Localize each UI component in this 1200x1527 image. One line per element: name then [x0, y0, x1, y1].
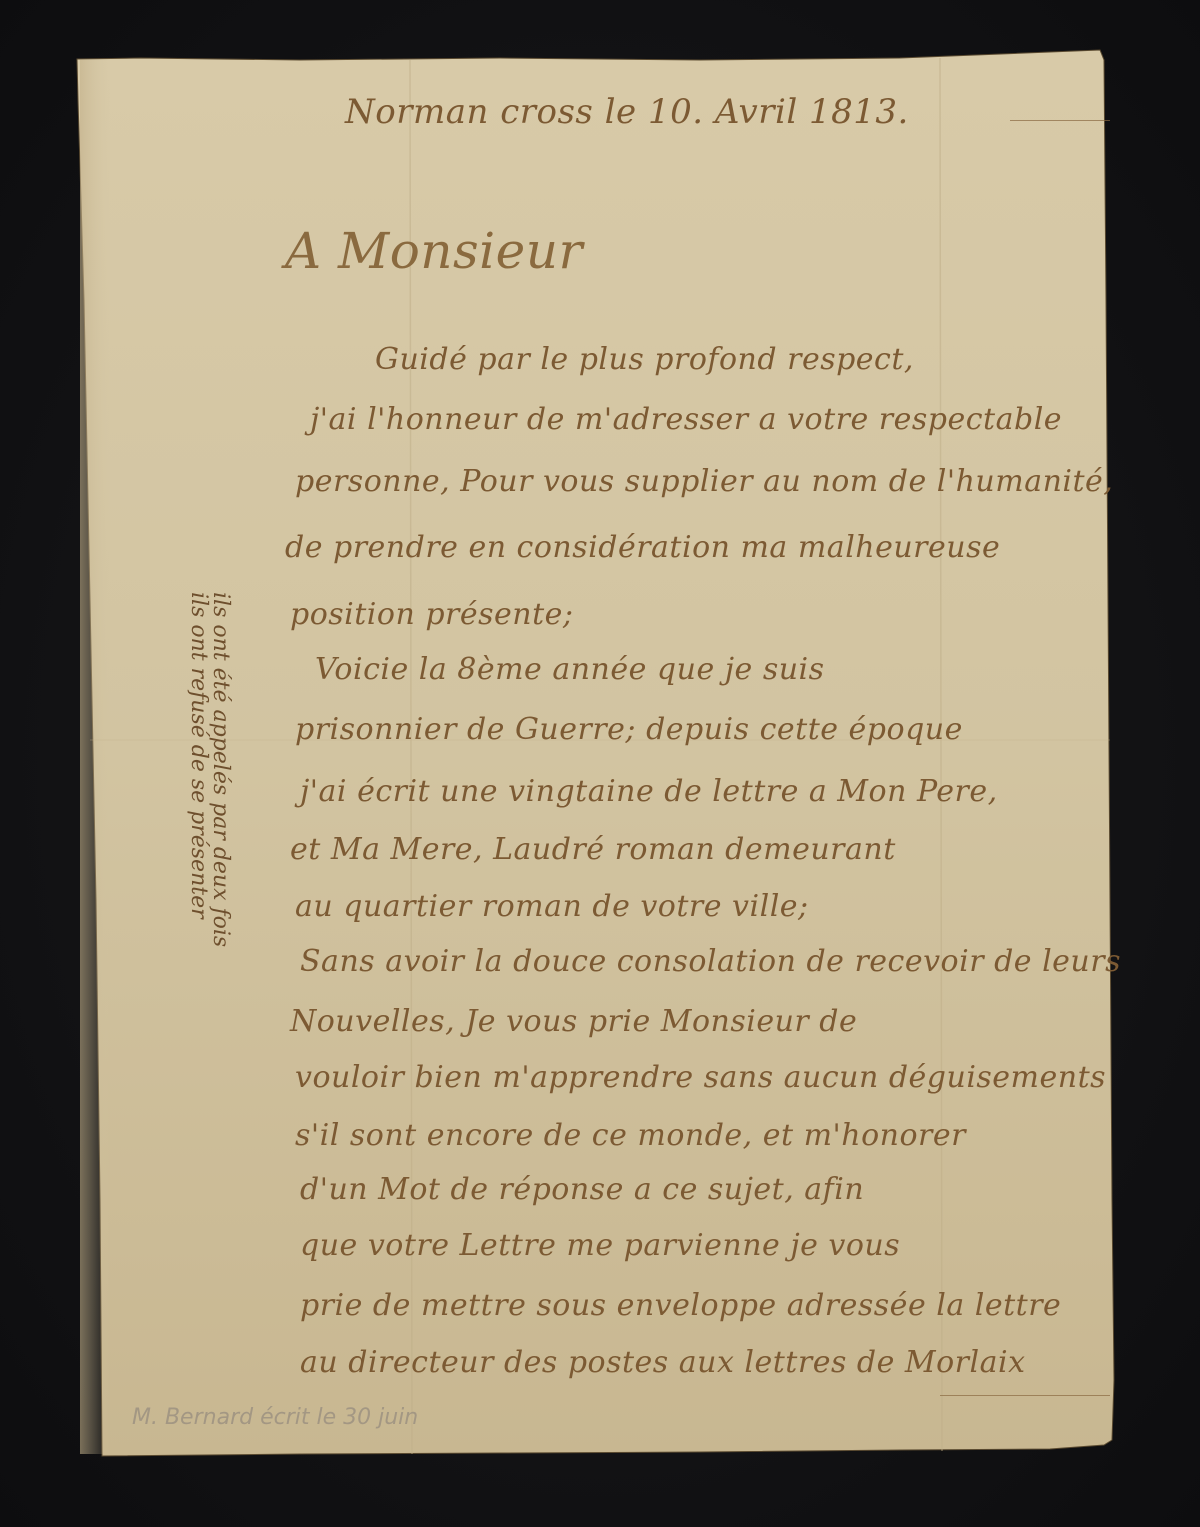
body-line: au quartier roman de votre ville;: [295, 889, 809, 924]
body-line: personne, Pour vous supplier au nom de l…: [295, 464, 1113, 499]
body-line: Sans avoir la douce consolation de recev…: [300, 944, 1121, 979]
body-line: au directeur des postes aux lettres de M…: [300, 1345, 1026, 1380]
body-line: Nouvelles, Je vous prie Monsieur de: [290, 1004, 857, 1039]
body-line: prisonnier de Guerre; depuis cette époqu…: [295, 712, 963, 747]
letter-sheet: Norman cross le 10. Avril 1813. A Monsie…: [0, 0, 1200, 1527]
body-line: s'il sont encore de ce monde, et m'honor…: [295, 1118, 966, 1153]
closing-flourish: [940, 1395, 1110, 1396]
letter-dateline: Norman cross le 10. Avril 1813.: [345, 92, 909, 132]
body-line: prie de mettre sous enveloppe adressée l…: [300, 1288, 1061, 1323]
body-line: que votre Lettre me parvienne je vous: [300, 1228, 900, 1263]
body-line: j'ai écrit une vingtaine de lettre a Mon…: [300, 774, 998, 809]
body-line: j'ai l'honneur de m'adresser a votre res…: [310, 402, 1062, 437]
body-line: de prendre en considération ma malheureu…: [285, 530, 1000, 565]
dateline-flourish: [1010, 120, 1110, 121]
body-line: Guidé par le plus profond respect,: [375, 342, 914, 377]
pencil-annotation: M. Bernard écrit le 30 juin: [132, 1405, 418, 1430]
body-line: d'un Mot de réponse a ce sujet, afin: [300, 1172, 864, 1207]
margin-note-line: ils ont refusé de se présenter: [186, 592, 211, 919]
body-line: Voicie la 8ème année que je suis: [315, 652, 825, 687]
body-line: position présente;: [290, 597, 574, 632]
margin-note-line: ils ont été appelés par deux fois: [208, 592, 233, 947]
body-line: vouloir bien m'apprendre sans aucun dégu…: [295, 1060, 1106, 1095]
body-line: et Ma Mere, Laudré roman demeurant: [290, 832, 896, 867]
letter-salutation: A Monsieur: [285, 222, 583, 280]
